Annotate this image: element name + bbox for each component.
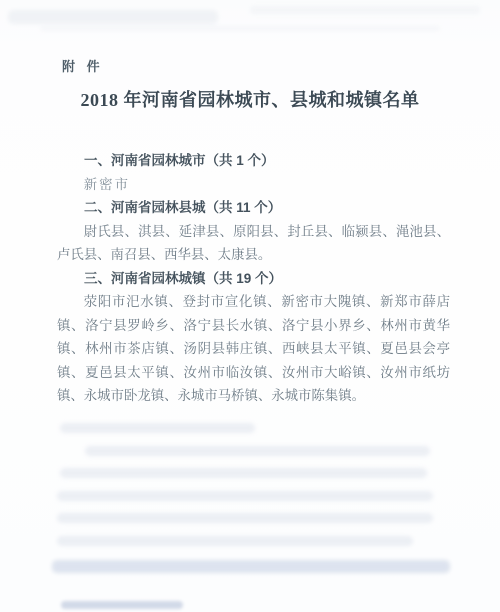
section-1-heading: 一、河南省园林城市（共 1 个） (57, 149, 450, 173)
scan-smudge-artifact (40, 26, 440, 31)
section-3-heading: 三、河南省园林城镇（共 19 个） (57, 267, 450, 291)
bleedthrough-artifact (85, 446, 430, 456)
bleedthrough-artifact (57, 513, 433, 523)
bleedthrough-artifact (61, 601, 183, 609)
section-3-body: 荥阳市汜水镇、登封市宣化镇、新密市大隗镇、新郑市薛店镇、洛宁县罗岭乡、洛宁县长水… (57, 290, 450, 408)
attachment-label: 附 件 (62, 56, 104, 75)
bleedthrough-artifact (60, 423, 255, 433)
section-1-body: 新密市 (57, 173, 450, 197)
section-2-heading: 二、河南省园林县城（共 11 个） (57, 196, 450, 220)
bleedthrough-artifact (57, 491, 433, 501)
document-body: 一、河南省园林城市（共 1 个） 新密市 二、河南省园林县城（共 11 个） 尉… (57, 149, 450, 408)
section-2-body: 尉氏县、淇县、延津县、原阳县、封丘县、临颍县、渑池县、卢氏县、南召县、西华县、太… (57, 220, 450, 267)
scan-smudge-artifact (250, 6, 480, 14)
scan-smudge-artifact (8, 10, 218, 24)
bleedthrough-artifact (52, 560, 450, 573)
scanned-document-page: 附 件 2018 年河南省园林城市、县城和城镇名单 一、河南省园林城市（共 1 … (0, 0, 500, 612)
document-title: 2018 年河南省园林城市、县城和城镇名单 (40, 86, 460, 112)
bleedthrough-artifact (60, 468, 427, 478)
bleedthrough-artifact (57, 536, 413, 546)
